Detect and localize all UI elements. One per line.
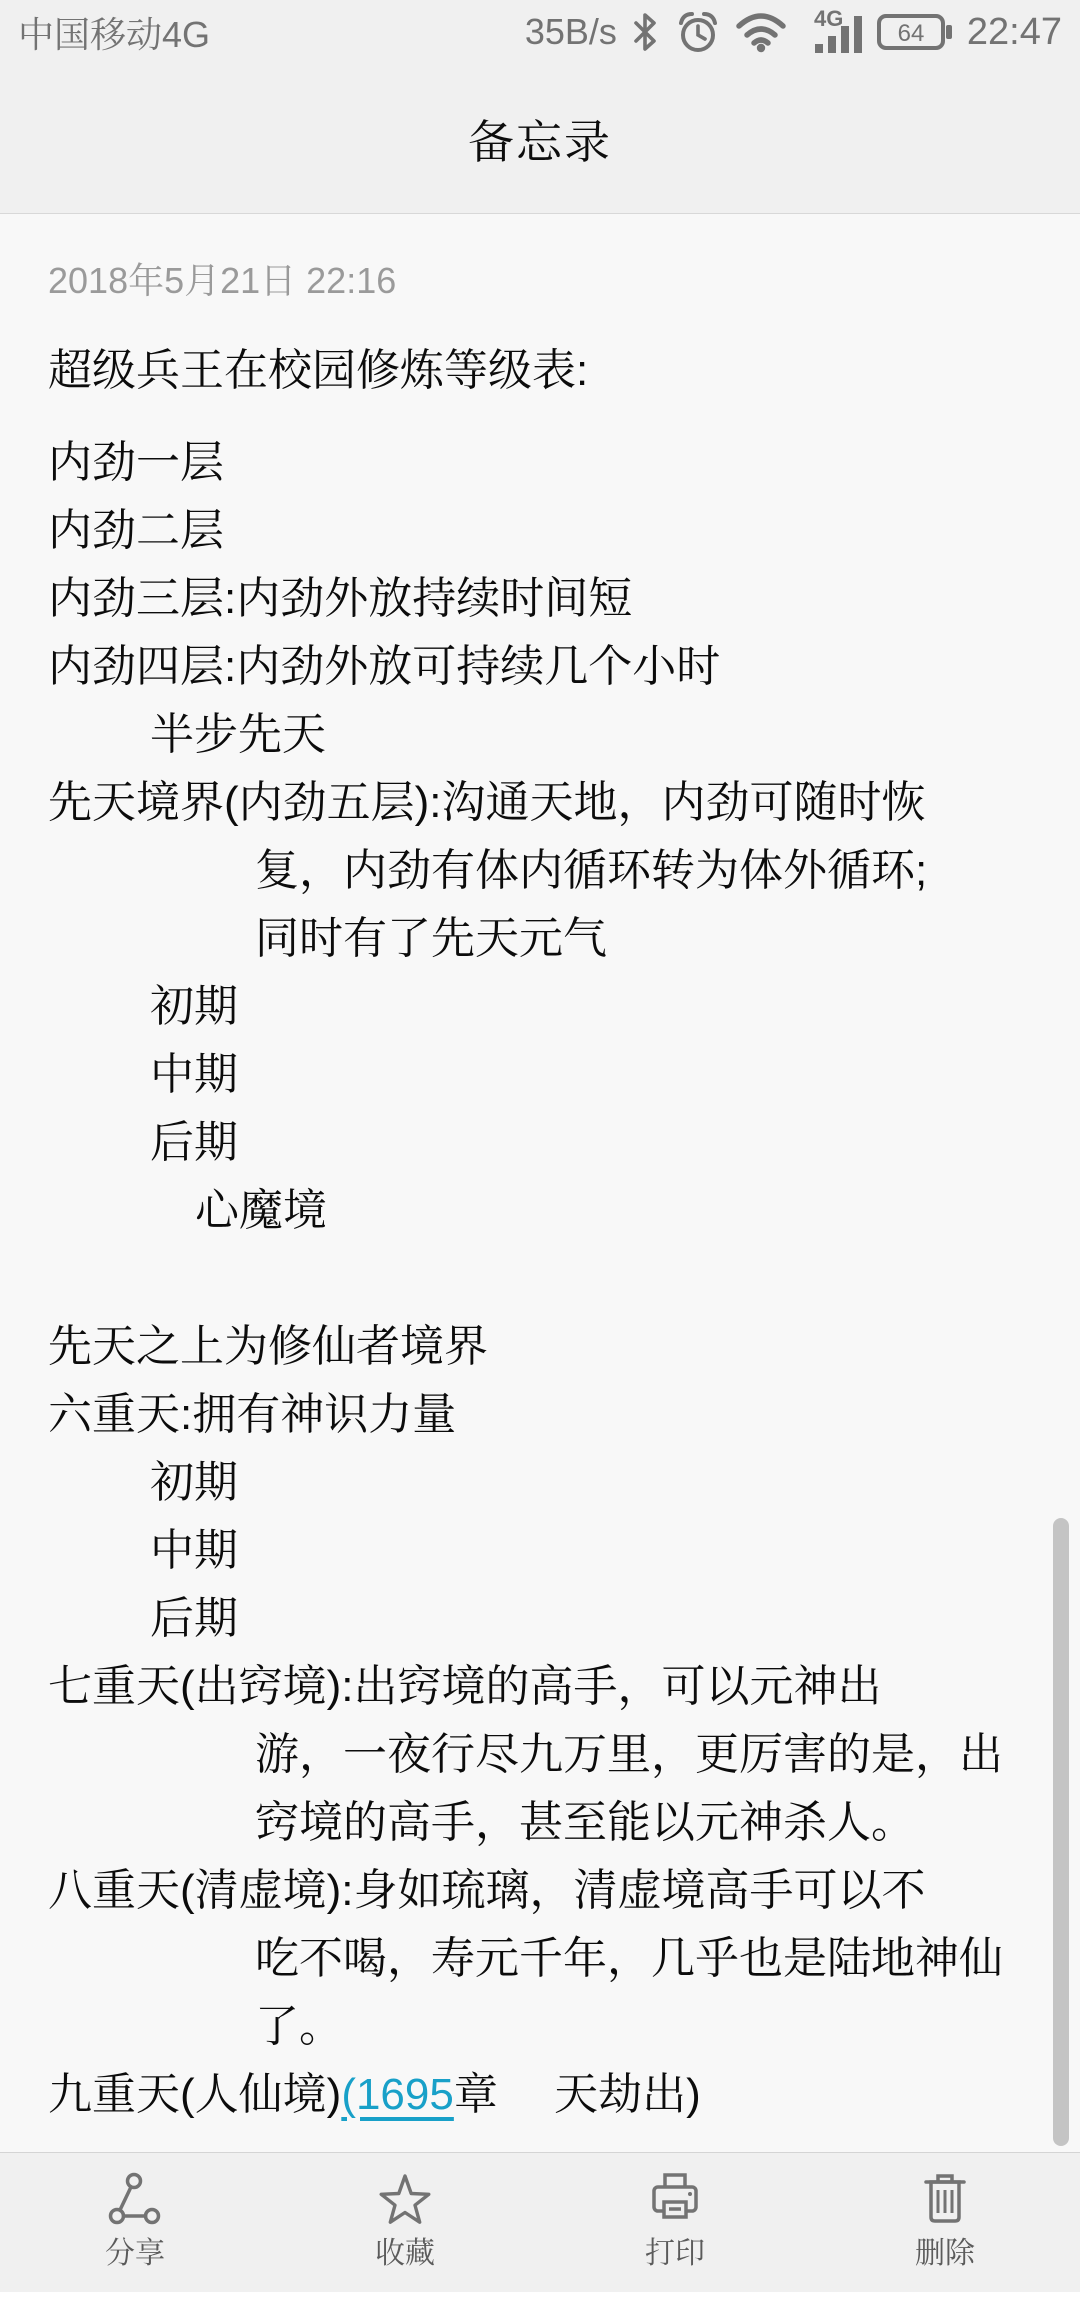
scrollbar-thumb[interactable] — [1053, 1518, 1069, 2146]
bottom-toolbar: 分享 收藏 打印 删除 — [0, 2152, 1080, 2292]
note-line: 超级兵王在校园修炼等级表: — [48, 337, 1040, 405]
printer-icon — [647, 2171, 703, 2227]
share-button[interactable]: 分享 — [0, 2153, 270, 2292]
status-indicators: 35B/s 4G — [525, 9, 1062, 55]
star-icon — [377, 2171, 433, 2227]
note-line: 复，内劲有体内循环转为体外循环; — [48, 837, 1040, 905]
note-line: 九重天(人仙境)(1695章 天劫出) — [48, 2061, 1040, 2129]
svg-text:4G: 4G — [814, 9, 843, 31]
share-icon — [107, 2171, 163, 2227]
note-line: 窍境的高手，甚至能以元神杀人。 — [48, 1789, 1040, 1857]
note-line: 八重天(清虚境):身如琉璃，清虚境高手可以不 — [48, 1857, 1040, 1925]
wifi-icon — [735, 11, 787, 53]
page-title: 备忘录 — [468, 106, 612, 172]
note-line: 内劲一层 — [48, 429, 1040, 497]
favorite-button[interactable]: 收藏 — [270, 2153, 540, 2292]
note-line: 七重天(出窍境):出窍境的高手，可以元神出 — [48, 1653, 1040, 1721]
note-line: 内劲四层:内劲外放可持续几个小时 — [48, 633, 1040, 701]
network-speed-label: 35B/s — [525, 11, 617, 53]
note-line: 吃不喝，寿元千年，几乎也是陆地神仙 — [48, 1925, 1040, 1993]
note-line: 内劲三层:内劲外放持续时间短 — [48, 565, 1040, 633]
note-line: 半步先天 — [48, 701, 1040, 769]
memo-app-screen: 中国移动4G 35B/s — [0, 0, 1080, 2302]
share-label: 分享 — [105, 2237, 165, 2271]
note-line: 心魔境 — [48, 1177, 1040, 1245]
favorite-label: 收藏 — [375, 2237, 435, 2271]
note-line: 六重天:拥有神识力量 — [48, 1381, 1040, 1449]
note-lines: 超级兵王在校园修炼等级表:内劲一层内劲二层内劲三层:内劲外放持续时间短内劲四层:… — [48, 337, 1040, 2129]
note-date: 2018年5月21日 22:16 — [48, 255, 1040, 307]
note-line: 后期 — [48, 1585, 1040, 1653]
note-line: 同时有了先天元气 — [48, 905, 1040, 973]
bluetooth-icon — [631, 10, 661, 54]
print-label: 打印 — [645, 2237, 705, 2271]
delete-label: 删除 — [915, 2237, 975, 2271]
note-text-segment: 章 天劫出) — [454, 2070, 701, 2119]
note-line: 中期 — [48, 1517, 1040, 1585]
note-line: 先天之上为修仙者境界 — [48, 1313, 1040, 1381]
status-bar: 中国移动4G 35B/s — [0, 0, 1080, 64]
note-line: 初期 — [48, 1449, 1040, 1517]
note-text-segment: 九重天(人仙境) — [48, 2070, 341, 2119]
note-line: 后期 — [48, 1109, 1040, 1177]
note-line: 初期 — [48, 973, 1040, 1041]
clock-label: 22:47 — [967, 11, 1062, 54]
bottom-nav-strip — [0, 2292, 1080, 2302]
header: 中国移动4G 35B/s — [0, 0, 1080, 214]
signal-bars-icon: 4G — [801, 9, 863, 55]
note-content[interactable]: 2018年5月21日 22:16 超级兵王在校园修炼等级表:内劲一层内劲二层内劲… — [0, 215, 1080, 2152]
battery-icon: 64 — [877, 11, 953, 53]
carrier-label: 中国移动4G — [18, 7, 210, 58]
alarm-icon — [675, 10, 721, 54]
delete-button[interactable]: 删除 — [810, 2153, 1080, 2292]
title-bar: 备忘录 — [0, 64, 1080, 213]
print-button[interactable]: 打印 — [540, 2153, 810, 2292]
note-line: 游，一夜行尽九万里，更厉害的是，出 — [48, 1721, 1040, 1789]
note-line: 内劲二层 — [48, 497, 1040, 565]
note-line: 先天境界(内劲五层):沟通天地，内劲可随时恢 — [48, 769, 1040, 837]
battery-level-text: 64 — [898, 20, 925, 47]
note-line: 了。 — [48, 1993, 1040, 2061]
chapter-link[interactable]: (1695 — [341, 2070, 454, 2119]
note-line — [48, 1245, 1040, 1313]
note-line: 中期 — [48, 1041, 1040, 1109]
trash-icon — [917, 2171, 973, 2227]
